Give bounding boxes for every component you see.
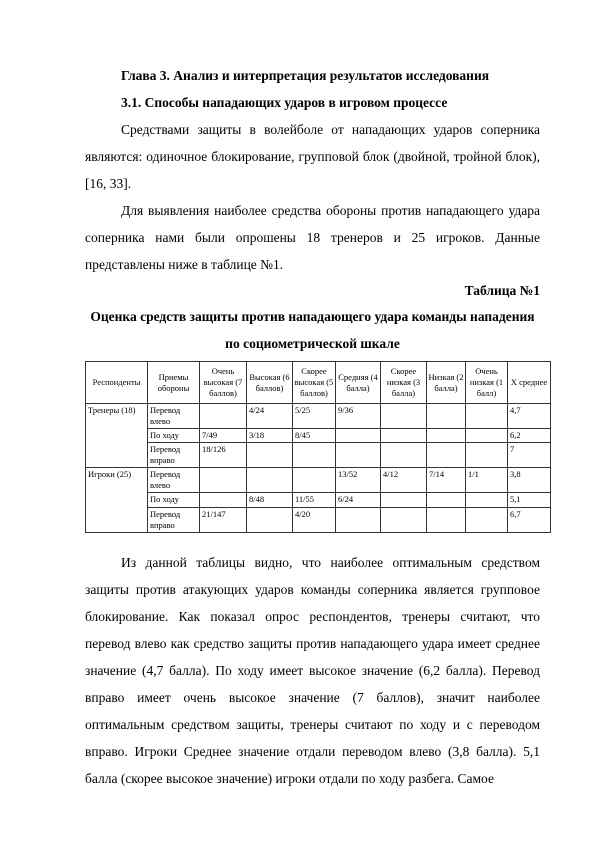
- column-header-low: Низкая (2 балла): [427, 362, 466, 404]
- value-cell: 7/49: [200, 429, 247, 443]
- column-header-respondents: Респонденты: [86, 362, 148, 404]
- column-header-very-high: Очень высокая (7 баллов): [200, 362, 247, 404]
- value-cell: [427, 493, 466, 507]
- method-cell: Перевод влево: [148, 468, 200, 493]
- value-cell: 4/12: [381, 468, 427, 493]
- value-cell: [293, 468, 336, 493]
- table-header-row: Респонденты Приемы обороны Очень высокая…: [86, 362, 551, 404]
- method-cell: По ходу: [148, 429, 200, 443]
- value-cell: 3/18: [247, 429, 293, 443]
- document-page: Глава 3. Анализ и интерпретация результа…: [0, 0, 595, 842]
- table-row: Тренеры (18)Перевод влево4/245/259/364,7: [86, 404, 551, 429]
- paragraph-survey: Для выявления наиболее средства обороны …: [85, 197, 540, 278]
- value-cell: 11/55: [293, 493, 336, 507]
- respondent-cell: Игроки (25): [86, 468, 148, 532]
- column-header-high: Высокая (6 баллов): [247, 362, 293, 404]
- value-cell: 13/52: [336, 468, 381, 493]
- mean-cell: 7: [508, 443, 551, 468]
- value-cell: [427, 404, 466, 429]
- value-cell: [200, 468, 247, 493]
- column-header-mean: Х среднее: [508, 362, 551, 404]
- value-cell: [247, 468, 293, 493]
- value-cell: [336, 507, 381, 532]
- value-cell: [381, 429, 427, 443]
- value-cell: [466, 507, 508, 532]
- value-cell: 6/24: [336, 493, 381, 507]
- value-cell: [381, 404, 427, 429]
- value-cell: [247, 443, 293, 468]
- method-cell: По ходу: [148, 493, 200, 507]
- value-cell: [381, 493, 427, 507]
- table-row: По ходу8/4811/556/245,1: [86, 493, 551, 507]
- mean-cell: 3,8: [508, 468, 551, 493]
- value-cell: [247, 507, 293, 532]
- results-table-body: Тренеры (18)Перевод влево4/245/259/364,7…: [86, 404, 551, 532]
- mean-cell: 6,2: [508, 429, 551, 443]
- value-cell: 7/14: [427, 468, 466, 493]
- value-cell: [381, 443, 427, 468]
- section-heading: 3.1. Способы нападающих ударов в игровом…: [85, 89, 540, 116]
- value-cell: 18/126: [200, 443, 247, 468]
- value-cell: 5/25: [293, 404, 336, 429]
- table-row: Игроки (25)Перевод влево13/524/127/141/1…: [86, 468, 551, 493]
- method-cell: Перевод вправо: [148, 443, 200, 468]
- table-number-label: Таблица №1: [85, 278, 540, 303]
- value-cell: [466, 443, 508, 468]
- value-cell: [427, 507, 466, 532]
- value-cell: 8/48: [247, 493, 293, 507]
- value-cell: 4/24: [247, 404, 293, 429]
- value-cell: [200, 404, 247, 429]
- mean-cell: 4,7: [508, 404, 551, 429]
- mean-cell: 6,7: [508, 507, 551, 532]
- mean-cell: 5,1: [508, 493, 551, 507]
- value-cell: 21/147: [200, 507, 247, 532]
- table-row: Перевод вправо21/1474/206,7: [86, 507, 551, 532]
- method-cell: Перевод вправо: [148, 507, 200, 532]
- column-header-rather-low: Скорее низкая (3 балла): [381, 362, 427, 404]
- column-header-methods: Приемы обороны: [148, 362, 200, 404]
- value-cell: [293, 443, 336, 468]
- value-cell: 4/20: [293, 507, 336, 532]
- table-title: Оценка средств защиты против нападающего…: [85, 303, 540, 357]
- value-cell: [336, 429, 381, 443]
- value-cell: [466, 429, 508, 443]
- value-cell: 8/45: [293, 429, 336, 443]
- value-cell: 9/36: [336, 404, 381, 429]
- value-cell: [466, 404, 508, 429]
- value-cell: 1/1: [466, 468, 508, 493]
- table-row: Перевод вправо18/1267: [86, 443, 551, 468]
- chapter-heading: Глава 3. Анализ и интерпретация результа…: [85, 62, 540, 89]
- value-cell: [336, 443, 381, 468]
- respondent-cell: Тренеры (18): [86, 404, 148, 468]
- value-cell: [381, 507, 427, 532]
- method-cell: Перевод влево: [148, 404, 200, 429]
- column-header-very-low: Очень низкая (1 балл): [466, 362, 508, 404]
- value-cell: [466, 493, 508, 507]
- value-cell: [427, 443, 466, 468]
- value-cell: [200, 493, 247, 507]
- paragraph-intro: Средствами защиты в волейболе от нападаю…: [85, 116, 540, 197]
- results-table: Респонденты Приемы обороны Очень высокая…: [85, 361, 551, 533]
- column-header-medium: Средняя (4 балла): [336, 362, 381, 404]
- paragraph-analysis: Из данной таблицы видно, что наиболее оп…: [85, 549, 540, 792]
- table-row: По ходу7/493/188/456,2: [86, 429, 551, 443]
- column-header-rather-high: Скорее высокая (5 баллов): [293, 362, 336, 404]
- value-cell: [427, 429, 466, 443]
